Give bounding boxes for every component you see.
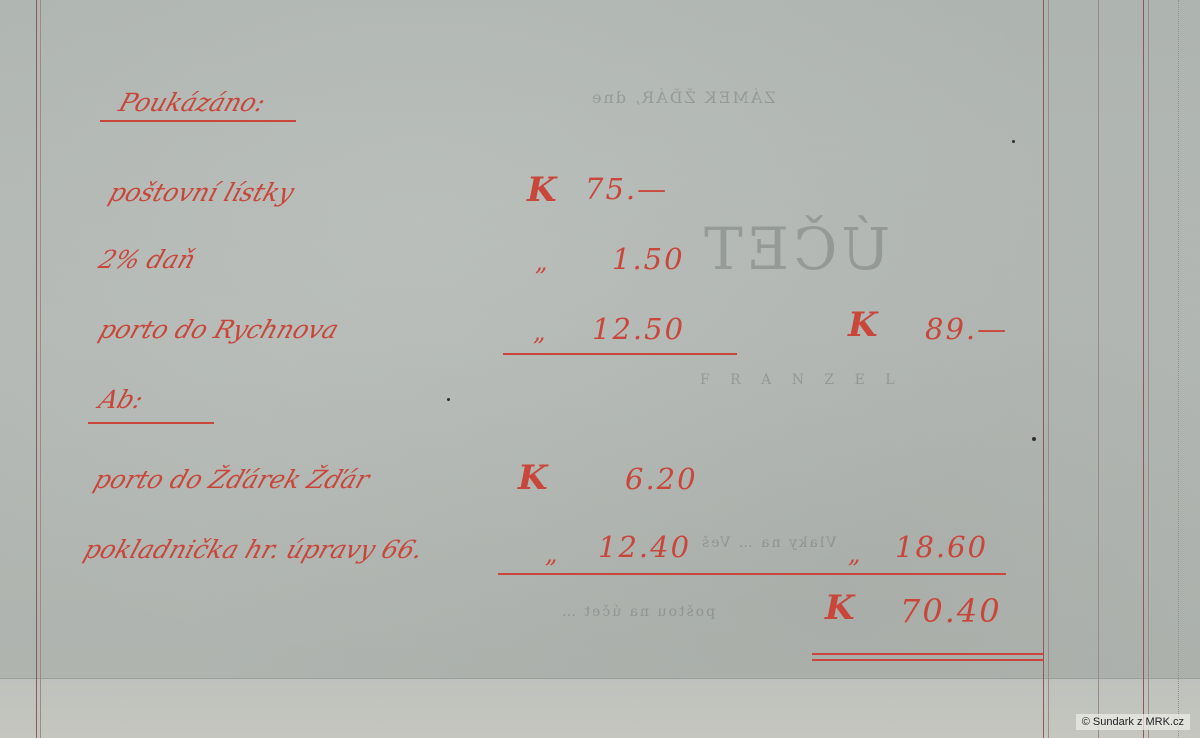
ghost-line-1: F R A N Z E L [700,372,903,388]
column-rule-2 [1098,0,1099,738]
copyright-watermark: © Sundark z MRK.cz [1076,714,1190,730]
dotted-rule [1178,0,1180,738]
ghost-line-3: poštou na účet … [560,604,715,620]
ink-speck [1032,437,1036,441]
total-double-rule-bottom [812,659,1044,661]
currency-symbol: K [518,458,548,498]
section-2-heading-underline [88,422,214,424]
ditto-mark: „ [545,540,557,568]
line-item-amount: 75.— [585,172,668,206]
line-item-label: 2% daň [95,245,199,274]
line-item-label: porto do Žďárek Žďár [90,465,373,494]
section-1-heading-underline [100,120,296,122]
paper-bottom-edge [0,678,1200,738]
line-item-amount: 12.50 [592,312,685,346]
letterhead-ghost-text: ZÁMEK ŽĎÁR, dne [590,88,776,107]
column-rule-3b [1148,0,1149,738]
ditto-mark: „ [848,540,860,568]
grand-total: 70.40 [900,592,1002,630]
line-item-amount: 12.40 [598,530,691,564]
left-margin-line-2 [40,0,41,738]
section-1-heading: Poukázáno: [115,88,269,117]
currency-symbol: K [825,588,855,628]
section-2-subtotal: 18.60 [895,530,988,564]
column-rule-3 [1143,0,1144,738]
section-1-sum-rule [503,353,737,355]
section-2-sum-rule [498,573,1006,575]
line-item-amount: 6.20 [625,462,698,496]
section-1-subtotal: 89.— [925,312,1008,346]
line-item-label: pokladnička hr. úpravy 66. [80,535,427,564]
ditto-mark: „ [533,318,545,346]
line-item-label: poštovní lístky [105,178,298,207]
left-margin-line [36,0,37,738]
column-rule-1 [1043,0,1044,738]
line-item-amount: 1.50 [612,242,685,276]
ink-speck [447,398,450,401]
column-rule-1b [1048,0,1049,738]
ink-speck [1012,140,1015,143]
line-item-label: porto do Rychnova [95,315,342,344]
ghost-line-2: Vlaky na … Veš [700,535,836,551]
currency-symbol: K [848,305,878,345]
ucet-ghost-heading: ÚČET [700,215,890,283]
currency-symbol: K [527,170,557,210]
ditto-mark: „ [535,248,547,276]
total-double-rule-top [812,653,1044,655]
